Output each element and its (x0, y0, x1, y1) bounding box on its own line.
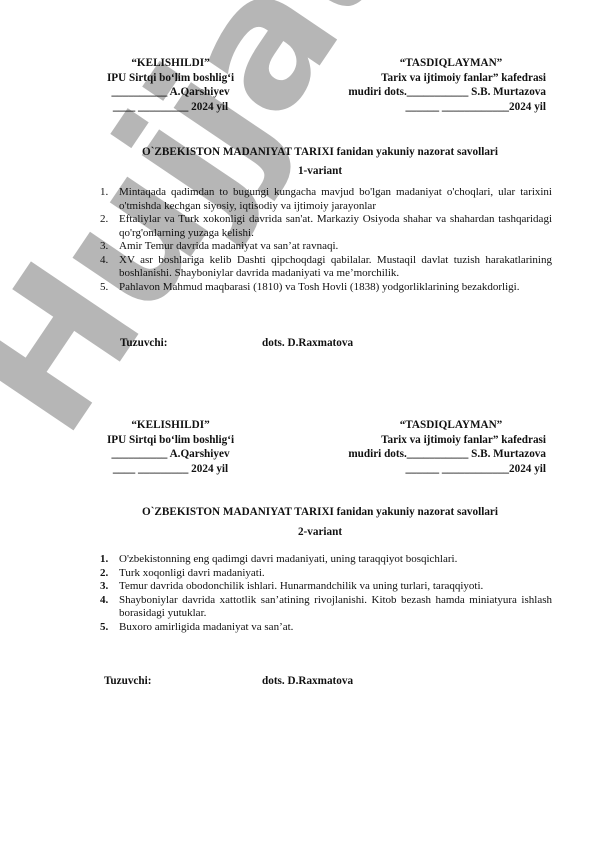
approval-right-block: “TASDIQLAYMAN” Tarix va ijtimoiy fanlar”… (316, 56, 546, 114)
right-department: Tarix va ijtimoiy fanlar” kafedrasi (316, 71, 546, 86)
approval-right-block: “TASDIQLAYMAN” Tarix va ijtimoiy fanlar”… (316, 418, 546, 476)
right-signer: mudiri dots.___________ S.B. Murtazova (316, 85, 546, 100)
compiler-label: Tuzuvchi: (120, 337, 167, 349)
question-item: 5.Pahlavon Mahmud maqbarasi (1810) va To… (100, 281, 552, 295)
left-signer: __________ A.Qarshiyev (88, 447, 253, 462)
question-item: 4.XV asr boshlariga kelib Dashti qipchoq… (100, 254, 552, 281)
approval-left-block: “KELISHILDI” IPU Sirtqi bo‘lim boshlig‘i… (88, 418, 253, 476)
right-date: ______ ____________2024 yil (316, 100, 546, 115)
variant-label: 2-variant (90, 526, 550, 538)
document-title: O`ZBEKISTON MADANIYAT TARIXI fanidan yak… (90, 146, 550, 158)
question-list: 1.Mintaqada qadimdan to bugungi kungacha… (100, 186, 552, 294)
approval-left-block: “KELISHILDI” IPU Sirtqi bo‘lim boshlig‘i… (88, 56, 253, 114)
compiler-name: dots. D.Raxmatova (262, 675, 353, 687)
question-item: 3.Temur davrida obodonchilik ishlari. Hu… (100, 580, 552, 594)
left-position: IPU Sirtqi bo‘lim boshlig‘i (88, 71, 253, 86)
compiler-name: dots. D.Raxmatova (262, 337, 353, 349)
question-item: 4.Shayboniylar davrida xattotlik san’ati… (100, 594, 552, 621)
tasdiqlayman-title: “TASDIQLAYMAN” (316, 56, 546, 71)
kelishildi-title: “KELISHILDI” (88, 56, 253, 71)
document-title: O`ZBEKISTON MADANIYAT TARIXI fanidan yak… (90, 506, 550, 518)
question-item: 3.Amir Temur davrida madaniyat va san’at… (100, 240, 552, 254)
question-item: 1.O'zbekistonning eng qadimgi davri mada… (100, 553, 552, 567)
right-signer: mudiri dots.___________ S.B. Murtazova (316, 447, 546, 462)
question-item: 2.Turk xoqonligi davri madaniyati. (100, 567, 552, 581)
kelishildi-title: “KELISHILDI” (88, 418, 253, 433)
compiler-label: Tuzuvchi: (104, 675, 151, 687)
question-item: 2.Eftaliylar va Turk xokonligi davrida s… (100, 213, 552, 240)
right-department: Tarix va ijtimoiy fanlar” kafedrasi (316, 433, 546, 448)
question-item: 1.Mintaqada qadimdan to bugungi kungacha… (100, 186, 552, 213)
question-list: 1.O'zbekistonning eng qadimgi davri mada… (100, 553, 552, 634)
variant-label: 1-variant (90, 165, 550, 177)
left-position: IPU Sirtqi bo‘lim boshlig‘i (88, 433, 253, 448)
left-signer: __________ A.Qarshiyev (88, 85, 253, 100)
question-item: 5.Buxoro amirligida madaniyat va san’at. (100, 621, 552, 635)
tasdiqlayman-title: “TASDIQLAYMAN” (316, 418, 546, 433)
left-date: ____ _________ 2024 yil (88, 462, 253, 477)
document-page: Hujjat24 “KELISHILDI” IPU Sirtqi bo‘lim … (0, 0, 596, 842)
left-date: ____ _________ 2024 yil (88, 100, 253, 115)
right-date: ______ ____________2024 yil (316, 462, 546, 477)
